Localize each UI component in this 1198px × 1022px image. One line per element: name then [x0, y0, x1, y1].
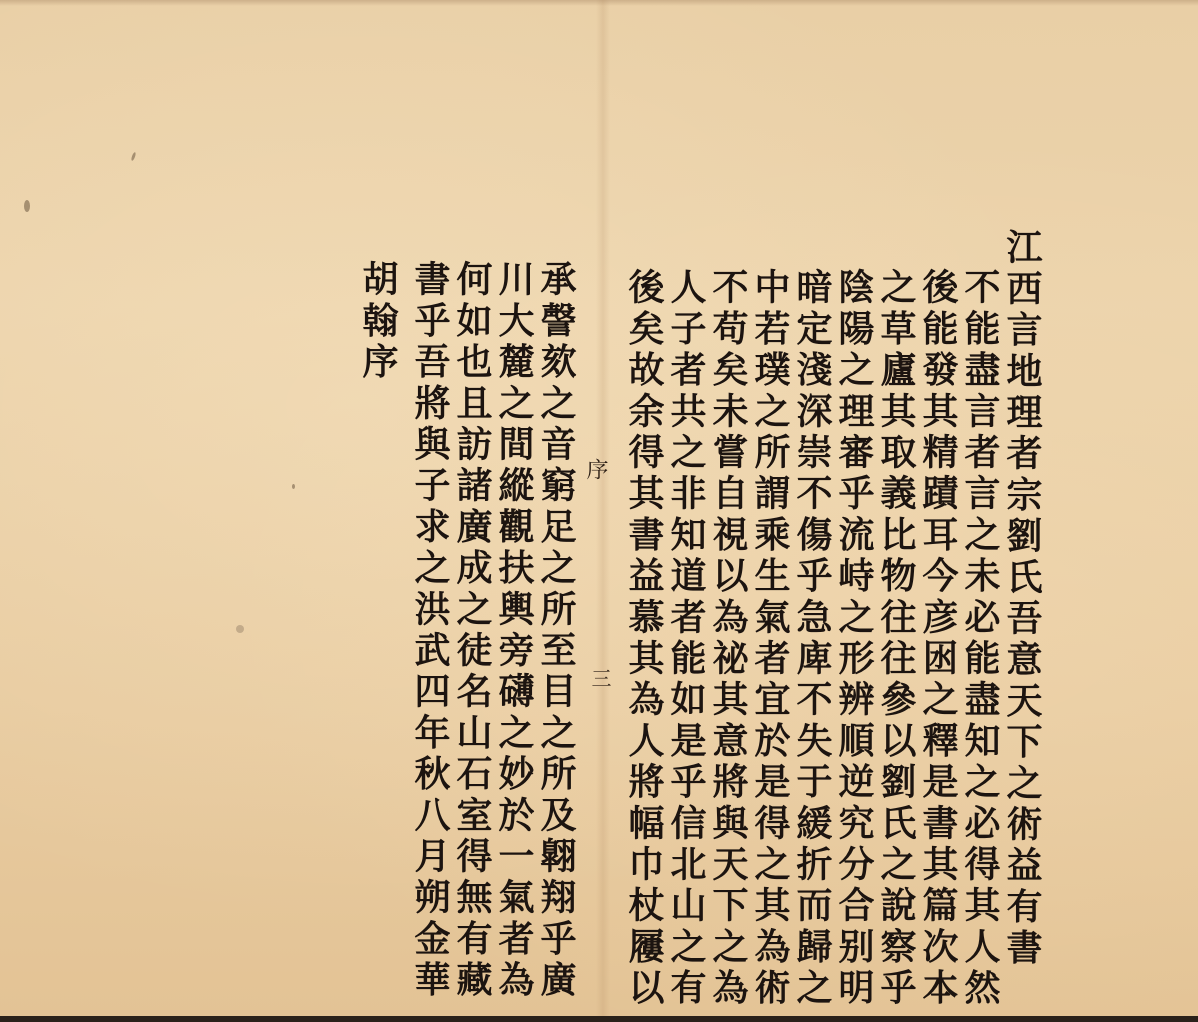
right-page-column-10: 後矣故余得其書益慕其為人將幅巾杖屨以	[622, 268, 666, 1010]
paper-speck	[131, 152, 137, 161]
section-label: 序	[580, 458, 611, 480]
left-page-column-3: 何如也且訪諸廣成之徒名山石室得無有藏	[450, 260, 494, 1002]
paper-speck	[292, 484, 295, 489]
right-page-column-3: 後能發其精蹟耳今彦囦之釋是書其篇次本	[916, 268, 960, 1010]
right-page-column-7: 中若璞之所謂乘生氣者宜於是得之其為術	[748, 268, 792, 1010]
page-number: 三	[586, 668, 615, 688]
paper-speck	[24, 200, 30, 212]
left-page-column-5-signature: 胡翰序	[356, 260, 400, 384]
right-page-column-6: 暗定淺深崇不傷乎急庳不失于緩折而歸之	[790, 268, 834, 1010]
paper-speck	[236, 625, 244, 633]
left-page-column-1: 承謦欬之音窮足之所至目之所及翺翔乎廣	[534, 260, 578, 1002]
right-page-column-9: 人子者共之非知道者能如是乎信北山之有	[664, 268, 708, 1010]
book-spread: 江西言地理者宗劉氏吾意天下之術益有書 不能盡言者言之未必能盡知之必得其人然 後能…	[0, 0, 1198, 1016]
page-bottom-edge	[0, 1016, 1198, 1022]
book-gutter	[596, 0, 610, 1016]
right-page-column-1: 江西言地理者宗劉氏吾意天下之術益有書	[1000, 228, 1044, 970]
right-page-column-4: 之草廬其取義比物往往參以劉氏之說察乎	[874, 268, 918, 1010]
left-page-column-4: 書乎吾將與子求之洪武四年秋八月朔金華	[408, 260, 452, 1002]
right-page-column-2: 不能盡言者言之未必能盡知之必得其人然	[958, 268, 1002, 1010]
left-page-column-2: 川大麓之間縱觀扶輿旁礴之妙於一氣者為	[492, 260, 536, 1002]
right-page-column-5: 陰陽之理審乎流峙之形辨順逆究分合别明	[832, 268, 876, 1010]
right-page-column-8: 不苟矣未嘗自視以為祕其意將與天下之為	[706, 268, 750, 1010]
